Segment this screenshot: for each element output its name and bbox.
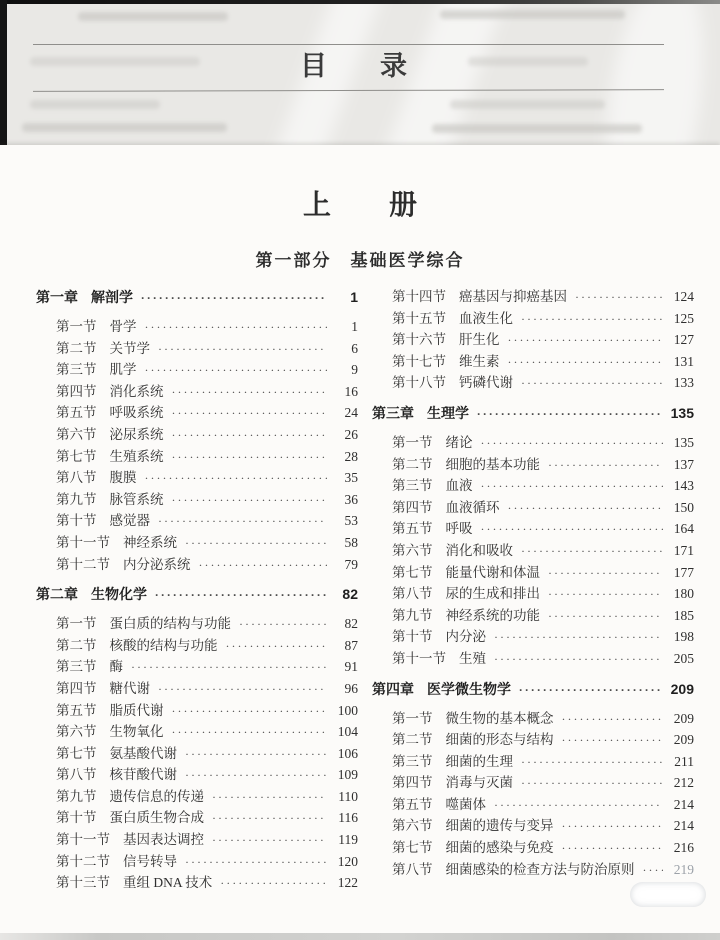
- toc-entry: 第八节 腹膜 35: [36, 467, 358, 489]
- toc-entry-title: 神经系统: [123, 532, 177, 554]
- toc-entry-label: 第三节: [56, 656, 97, 678]
- toc-entry-page: 135: [668, 402, 694, 424]
- toc-entry-page: 96: [332, 678, 358, 700]
- bleedthrough-text: [78, 12, 228, 21]
- toc-entry-page: 209: [668, 729, 694, 751]
- dot-leader: [155, 584, 327, 606]
- faint-watermark: [630, 882, 706, 907]
- toc-entry-title: 呼吸: [446, 518, 473, 540]
- toc-entry-page: 116: [332, 807, 358, 829]
- toc-column-right: 第十四节 癌基因与抑癌基因 124 第十五节 血液生化 125 第十六节 肝生化…: [372, 286, 694, 894]
- dot-leader: [643, 860, 664, 882]
- toc-entry-title: 生殖: [459, 648, 486, 670]
- toc-entry: 第五节 呼吸 164: [372, 518, 694, 540]
- dot-leader: [521, 373, 663, 395]
- toc-entry-page: 205: [668, 648, 694, 670]
- toc-entry-label: 第八节: [392, 859, 433, 881]
- book-edge-left: [0, 0, 7, 145]
- dot-leader: [145, 317, 328, 339]
- dot-leader: [508, 352, 664, 374]
- dot-leader: [521, 309, 663, 331]
- toc-entry: 第二章 生物化学 82: [36, 583, 358, 605]
- toc-entry-title: 内分泌系统: [123, 554, 191, 576]
- toc-column-left: 第一章 解剖学 1 第一节 骨学 1 第二节 关节学 6 第三节 肌学 9 第四…: [36, 286, 358, 894]
- toc-entry: 第七节 能量代谢和体温 177: [372, 562, 694, 584]
- book-edge-top: [0, 0, 720, 4]
- toc-entry-title: 医学微生物学: [427, 678, 511, 700]
- toc-entry-title: 腹膜: [110, 467, 137, 489]
- dot-leader: [185, 533, 327, 555]
- toc-entry: 第三节 血液 143: [372, 475, 694, 497]
- toc-entry: 第十节 内分泌 198: [372, 626, 694, 648]
- contents-heading: 目 录: [0, 50, 720, 82]
- toc-entry-title: 蛋白质的结构与功能: [110, 613, 232, 635]
- dot-leader: [521, 752, 663, 774]
- toc-entry-label: 第五节: [392, 518, 433, 540]
- toc-entry-page: 120: [332, 851, 358, 873]
- toc-entry-label: 第七节: [56, 446, 97, 468]
- toc-entry-title: 尿的生成和排出: [446, 583, 541, 605]
- toc-entry: 第十五节 血液生化 125: [372, 308, 694, 330]
- toc-entry-label: 第二节: [56, 338, 97, 360]
- toc-entry-title: 血液生化: [459, 308, 513, 330]
- dot-leader: [158, 679, 327, 701]
- dot-leader: [548, 455, 663, 477]
- toc-entry-label: 第六节: [56, 424, 97, 446]
- dot-leader: [521, 773, 663, 795]
- dot-leader: [220, 873, 327, 895]
- dot-leader: [172, 701, 328, 723]
- toc-entry-page: 198: [668, 626, 694, 648]
- toc-entry: 第一章 解剖学 1: [36, 286, 358, 308]
- toc-entry-page: 106: [332, 743, 358, 765]
- toc-entry: 第十八节 钙磷代谢 133: [372, 372, 694, 394]
- dot-leader: [477, 403, 663, 425]
- dot-leader: [158, 339, 327, 361]
- toc-entry-page: 214: [668, 815, 694, 837]
- toc-entry-label: 第二节: [392, 454, 433, 476]
- toc-entry-page: 1: [332, 316, 358, 338]
- toc-entry-label: 第四节: [56, 381, 97, 403]
- toc-entry-page: 91: [332, 656, 358, 678]
- toc-entry: 第二节 细菌的形态与结构 209: [372, 729, 694, 751]
- toc-entry-title: 维生素: [459, 351, 500, 373]
- dot-leader: [172, 490, 328, 512]
- toc-entry-page: 79: [332, 554, 358, 576]
- dot-leader: [481, 476, 664, 498]
- toc-entry-title: 细菌的感染与免疫: [446, 837, 554, 859]
- toc-entry-title: 肌学: [110, 359, 137, 381]
- dot-leader: [158, 511, 327, 533]
- toc-entry-title: 泌尿系统: [110, 424, 164, 446]
- toc-entry-page: 180: [668, 583, 694, 605]
- toc-entry: 第一节 微生物的基本概念 209: [372, 708, 694, 730]
- toc-entry-page: 212: [668, 772, 694, 794]
- toc-entry: 第九节 遗传信息的传递 110: [36, 786, 358, 808]
- toc-entry-label: 第一节: [392, 708, 433, 730]
- toc-entry-page: 127: [668, 329, 694, 351]
- toc-entry-page: 131: [668, 351, 694, 373]
- toc-entry-label: 第三节: [56, 359, 97, 381]
- toc-entry-title: 能量代谢和体温: [446, 562, 541, 584]
- toc-entry-title: 脂质代谢: [110, 700, 164, 722]
- toc-entry-label: 第十一节: [392, 648, 446, 670]
- toc-entry-page: 216: [668, 837, 694, 859]
- toc-entry-title: 生物氧化: [110, 721, 164, 743]
- toc-entry-label: 第十节: [392, 626, 433, 648]
- toc-entry: 第四章 医学微生物学 209: [372, 678, 694, 700]
- toc-entry-label: 第三章: [372, 402, 414, 424]
- toc-entry: 第三节 肌学 9: [36, 359, 358, 381]
- toc-entry-label: 第六节: [56, 721, 97, 743]
- toc-entry-label: 第十节: [56, 807, 97, 829]
- toc-entry-page: 100: [332, 700, 358, 722]
- toc-entry-title: 基因表达调控: [123, 829, 204, 851]
- toc-entry-page: 209: [668, 678, 694, 700]
- dot-leader: [548, 606, 663, 628]
- toc-entry-title: 钙磷代谢: [459, 372, 513, 394]
- toc-entry-label: 第十四节: [392, 286, 446, 308]
- dot-leader: [212, 787, 327, 809]
- dot-leader: [521, 541, 663, 563]
- toc-entry-title: 神经系统的功能: [446, 605, 541, 627]
- toc-entry-page: 214: [668, 794, 694, 816]
- dot-leader: [508, 330, 664, 352]
- toc-entry-label: 第十六节: [392, 329, 446, 351]
- dot-leader: [575, 287, 663, 309]
- toc-entry-title: 脉管系统: [110, 489, 164, 511]
- dot-leader: [145, 468, 328, 490]
- toc-entry: 第一节 绪论 135: [372, 432, 694, 454]
- toc-entry-title: 微生物的基本概念: [446, 708, 554, 730]
- dot-leader: [562, 838, 664, 860]
- toc-entry-label: 第十五节: [392, 308, 446, 330]
- toc-entry-title: 关节学: [110, 338, 151, 360]
- toc-entry: 第一节 骨学 1: [36, 316, 358, 338]
- toc-entry-label: 第六节: [392, 540, 433, 562]
- dot-leader: [239, 614, 327, 636]
- toc-entry: 第七节 细菌的感染与免疫 216: [372, 837, 694, 859]
- toc-entry-page: 26: [332, 424, 358, 446]
- toc-entry-label: 第二节: [56, 635, 97, 657]
- toc-entry-label: 第十一节: [56, 829, 110, 851]
- toc-entry-label: 第二节: [392, 729, 433, 751]
- part-title: 第一部分 基础医学综合: [0, 252, 720, 269]
- toc-entry: 第三节 酶 91: [36, 656, 358, 678]
- toc-entry-label: 第七节: [392, 837, 433, 859]
- dot-leader: [172, 403, 328, 425]
- toc-entry-title: 生理学: [427, 402, 469, 424]
- toc-entry-page: 211: [668, 751, 694, 773]
- toc-entry: 第六节 消化和吸收 171: [372, 540, 694, 562]
- toc-entry-page: 24: [332, 402, 358, 424]
- toc-entry-label: 第十节: [56, 510, 97, 532]
- toc-entry: 第十节 感觉器 53: [36, 510, 358, 532]
- toc-entry: 第四节 消毒与灭菌 212: [372, 772, 694, 794]
- toc-entry: 第六节 泌尿系统 26: [36, 424, 358, 446]
- toc-entry: 第七节 氨基酸代谢 106: [36, 743, 358, 765]
- toc-entry-title: 糖代谢: [110, 678, 151, 700]
- toc-entry: 第十三节 重组 DNA 技术 122: [36, 872, 358, 894]
- toc-entry-page: 110: [332, 786, 358, 808]
- dot-leader: [199, 555, 328, 577]
- toc-entry-title: 消化系统: [110, 381, 164, 403]
- dot-leader: [185, 765, 327, 787]
- toc-entry: 第二节 核酸的结构与功能 87: [36, 635, 358, 657]
- toc-entry-page: 122: [332, 872, 358, 894]
- toc-entry-title: 血液循环: [446, 497, 500, 519]
- toc-entry-label: 第八节: [56, 764, 97, 786]
- toc-entry-page: 58: [332, 532, 358, 554]
- toc-entry-page: 137: [668, 454, 694, 476]
- toc-entry-label: 第九节: [392, 605, 433, 627]
- toc-entry-page: 87: [332, 635, 358, 657]
- toc-entry-label: 第四节: [392, 772, 433, 794]
- toc-entry-page: 125: [668, 308, 694, 330]
- toc-entry-title: 骨学: [110, 316, 137, 338]
- toc-entry: 第十一节 生殖 205: [372, 648, 694, 670]
- toc-entry-page: 164: [668, 518, 694, 540]
- toc-entry-label: 第十二节: [56, 554, 110, 576]
- toc-entry: 第五节 呼吸系统 24: [36, 402, 358, 424]
- toc-entry-label: 第五节: [56, 700, 97, 722]
- dot-leader: [141, 287, 327, 309]
- toc-entry: 第八节 细菌感染的检查方法与防治原则 219: [372, 859, 694, 881]
- toc-entry: 第十六节 肝生化 127: [372, 329, 694, 351]
- toc-entry: 第十四节 癌基因与抑癌基因 124: [372, 286, 694, 308]
- dot-leader: [131, 657, 327, 679]
- toc-entry-title: 细菌的遗传与变异: [446, 815, 554, 837]
- bleedthrough-text: [30, 100, 160, 109]
- toc-entry: 第四节 血液循环 150: [372, 497, 694, 519]
- toc-entry-page: 35: [332, 467, 358, 489]
- toc-entry-page: 171: [668, 540, 694, 562]
- toc-entry-label: 第三节: [392, 751, 433, 773]
- toc-entry-page: 219: [668, 859, 694, 881]
- toc-entry-label: 第五节: [392, 794, 433, 816]
- toc-entry-title: 酶: [110, 656, 124, 678]
- toc-entry: 第一节 蛋白质的结构与功能 82: [36, 613, 358, 635]
- toc-entry-page: 82: [332, 613, 358, 635]
- dot-leader: [494, 649, 663, 671]
- toc-entry-title: 噬菌体: [446, 794, 487, 816]
- toc-entry-title: 呼吸系统: [110, 402, 164, 424]
- dot-leader: [172, 382, 328, 404]
- toc-entry-label: 第一节: [392, 432, 433, 454]
- toc-entry-label: 第二章: [36, 583, 78, 605]
- dot-leader: [185, 852, 327, 874]
- toc-entry-page: 82: [332, 583, 358, 605]
- toc-entry-label: 第十二节: [56, 851, 110, 873]
- toc-entry-label: 第五节: [56, 402, 97, 424]
- bleedthrough-text: [440, 10, 625, 19]
- toc-entry-title: 内分泌: [446, 626, 487, 648]
- dot-leader: [145, 360, 328, 382]
- toc-entry-title: 肝生化: [459, 329, 500, 351]
- toc-entry: 第四节 消化系统 16: [36, 381, 358, 403]
- toc-entry-page: 177: [668, 562, 694, 584]
- toc-entry: 第三章 生理学 135: [372, 402, 694, 424]
- dot-leader: [562, 709, 664, 731]
- dot-leader: [185, 744, 327, 766]
- toc-entry-title: 感觉器: [110, 510, 151, 532]
- volume-title: 上 册: [0, 145, 720, 219]
- dot-leader: [494, 795, 663, 817]
- toc-entry-label: 第七节: [392, 562, 433, 584]
- toc-entry-label: 第十八节: [392, 372, 446, 394]
- toc-entry-page: 150: [668, 497, 694, 519]
- toc-entry-title: 解剖学: [91, 286, 133, 308]
- dot-leader: [212, 830, 327, 852]
- toc-entry-title: 细菌的形态与结构: [446, 729, 554, 751]
- toc-entry-page: 133: [668, 372, 694, 394]
- dot-leader: [226, 636, 328, 658]
- bleedthrough-text: [450, 100, 605, 109]
- toc-entry: 第二节 关节学 6: [36, 338, 358, 360]
- bleedthrough-text: [22, 123, 227, 132]
- toc-entry-title: 细菌的生理: [446, 751, 514, 773]
- toc-page: 上 册 第一部分 基础医学综合 第一章 解剖学 1 第一节 骨学 1 第二节 关…: [0, 145, 720, 933]
- dot-leader: [548, 584, 663, 606]
- toc-entry-page: 1: [332, 286, 358, 308]
- toc-entry-page: 28: [332, 446, 358, 468]
- heading-rule-top: [33, 44, 664, 45]
- toc-entry-label: 第八节: [392, 583, 433, 605]
- toc-entry-title: 消化和吸收: [446, 540, 514, 562]
- toc-entry: 第十一节 神经系统 58: [36, 532, 358, 554]
- toc-entry-label: 第六节: [392, 815, 433, 837]
- toc-entry-title: 绪论: [446, 432, 473, 454]
- heading-rule-bottom: [33, 89, 664, 92]
- toc-columns: 第一章 解剖学 1 第一节 骨学 1 第二节 关节学 6 第三节 肌学 9 第四…: [0, 286, 720, 894]
- toc-entry: 第八节 核苷酸代谢 109: [36, 764, 358, 786]
- toc-entry: 第五节 脂质代谢 100: [36, 700, 358, 722]
- toc-entry-label: 第四节: [56, 678, 97, 700]
- dot-leader: [494, 627, 663, 649]
- toc-entry-label: 第八节: [56, 467, 97, 489]
- dot-leader: [481, 519, 664, 541]
- dot-leader: [481, 433, 664, 455]
- dot-leader: [519, 679, 663, 701]
- toc-entry-title: 血液: [446, 475, 473, 497]
- toc-entry: 第二节 细胞的基本功能 137: [372, 454, 694, 476]
- toc-entry-page: 53: [332, 510, 358, 532]
- toc-entry-page: 36: [332, 489, 358, 511]
- toc-entry-label: 第十一节: [56, 532, 110, 554]
- toc-entry-label: 第四节: [392, 497, 433, 519]
- toc-entry-page: 185: [668, 605, 694, 627]
- toc-entry-label: 第四章: [372, 678, 414, 700]
- toc-entry-page: 6: [332, 338, 358, 360]
- toc-entry-page: 124: [668, 286, 694, 308]
- toc-entry-label: 第九节: [56, 489, 97, 511]
- toc-entry-title: 生物化学: [91, 583, 147, 605]
- dot-leader: [172, 425, 328, 447]
- dot-leader: [548, 563, 663, 585]
- desk-edge-shadow: [0, 933, 720, 940]
- toc-entry-page: 109: [332, 764, 358, 786]
- toc-entry: 第九节 神经系统的功能 185: [372, 605, 694, 627]
- toc-entry-label: 第一章: [36, 286, 78, 308]
- toc-entry: 第十一节 基因表达调控 119: [36, 829, 358, 851]
- toc-entry: 第五节 噬菌体 214: [372, 794, 694, 816]
- toc-entry: 第十节 蛋白质生物合成 116: [36, 807, 358, 829]
- toc-entry: 第六节 生物氧化 104: [36, 721, 358, 743]
- toc-entry-label: 第七节: [56, 743, 97, 765]
- toc-entry: 第三节 细菌的生理 211: [372, 751, 694, 773]
- toc-entry: 第四节 糖代谢 96: [36, 678, 358, 700]
- dot-leader: [562, 816, 664, 838]
- dot-leader: [172, 447, 328, 469]
- toc-entry-page: 119: [332, 829, 358, 851]
- toc-entry-title: 蛋白质生物合成: [110, 807, 205, 829]
- toc-entry-title: 消毒与灭菌: [446, 772, 514, 794]
- dot-leader: [212, 808, 327, 830]
- toc-entry-page: 16: [332, 381, 358, 403]
- toc-entry-page: 143: [668, 475, 694, 497]
- toc-entry-title: 核酸的结构与功能: [110, 635, 218, 657]
- toc-entry-title: 重组 DNA 技术: [123, 872, 212, 894]
- toc-entry-page: 104: [332, 721, 358, 743]
- toc-entry: 第十二节 信号转导 120: [36, 851, 358, 873]
- toc-entry-title: 信号转导: [123, 851, 177, 873]
- toc-entry-page: 135: [668, 432, 694, 454]
- toc-entry-label: 第三节: [392, 475, 433, 497]
- toc-entry: 第八节 尿的生成和排出 180: [372, 583, 694, 605]
- toc-entry-label: 第一节: [56, 613, 97, 635]
- toc-entry-page: 209: [668, 708, 694, 730]
- toc-entry-label: 第十七节: [392, 351, 446, 373]
- previous-page-sliver: 目 录: [0, 0, 720, 145]
- toc-entry-page: 9: [332, 359, 358, 381]
- toc-entry: 第十二节 内分泌系统 79: [36, 554, 358, 576]
- bleedthrough-text: [432, 124, 642, 133]
- toc-entry-label: 第一节: [56, 316, 97, 338]
- dot-leader: [562, 730, 664, 752]
- dot-leader: [508, 498, 664, 520]
- dot-leader: [172, 722, 328, 744]
- toc-entry-label: 第九节: [56, 786, 97, 808]
- toc-entry: 第十七节 维生素 131: [372, 351, 694, 373]
- toc-entry: 第六节 细菌的遗传与变异 214: [372, 815, 694, 837]
- toc-entry-title: 癌基因与抑癌基因: [459, 286, 567, 308]
- toc-entry-title: 细菌感染的检查方法与防治原则: [446, 859, 635, 881]
- scanned-book-photo: 目 录 上 册 第一部分 基础医学综合 第一章 解剖学 1 第一节 骨学 1 第…: [0, 0, 720, 940]
- toc-entry-title: 核苷酸代谢: [110, 764, 178, 786]
- toc-entry-title: 遗传信息的传递: [110, 786, 205, 808]
- toc-entry-title: 氨基酸代谢: [110, 743, 178, 765]
- toc-entry: 第九节 脉管系统 36: [36, 489, 358, 511]
- toc-entry-title: 细胞的基本功能: [446, 454, 541, 476]
- toc-entry-label: 第十三节: [56, 872, 110, 894]
- toc-entry-title: 生殖系统: [110, 446, 164, 468]
- toc-entry: 第七节 生殖系统 28: [36, 446, 358, 468]
